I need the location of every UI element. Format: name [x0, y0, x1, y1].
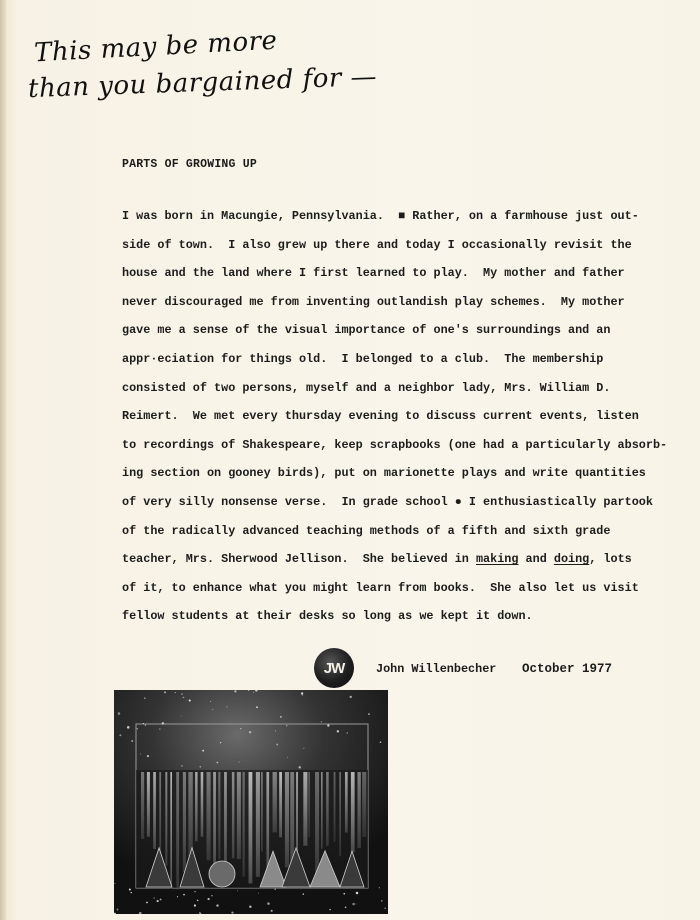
handwritten-line-2: than you bargained for — — [28, 62, 378, 104]
text-segment: never discouraged me from inventing outl… — [122, 295, 625, 309]
body-line: of the radically advanced teaching metho… — [122, 522, 682, 551]
document-title: PARTS OF GROWING UP — [122, 158, 257, 171]
text-segment: and — [518, 552, 553, 566]
document-body: I was born in Macungie, Pennsylvania. ■ … — [122, 207, 682, 636]
body-line: of very silly nonsense verse. In grade s… — [122, 493, 682, 522]
underlined-word: making — [476, 552, 518, 566]
text-segment: teacher, Mrs. Sherwood Jellison. She bel… — [122, 552, 476, 566]
body-line: of it, to enhance what you might learn f… — [122, 579, 682, 608]
text-segment: of it, to enhance what you might learn f… — [122, 581, 639, 595]
text-segment: to recordings of Shakespeare, keep scrap… — [122, 438, 667, 452]
text-segment: Reimert. We met every thursday evening t… — [122, 409, 639, 423]
body-line: ing section on gooney birds), put on mar… — [122, 464, 682, 493]
text-segment: , lots — [589, 552, 631, 566]
document-page: This may be more than you bargained for … — [0, 0, 700, 920]
text-segment: I was born in Macungie, Pennsylvania. ■ … — [122, 209, 639, 223]
artwork-image — [114, 690, 388, 914]
handwritten-note: This may be more than you bargained for … — [28, 28, 448, 108]
body-line: appr·eciation for things old. I belonged… — [122, 350, 682, 379]
body-line: fellow students at their desks so long a… — [122, 607, 682, 636]
body-line: never discouraged me from inventing outl… — [122, 293, 682, 322]
body-line: side of town. I also grew up there and t… — [122, 236, 682, 265]
text-segment: side of town. I also grew up there and t… — [122, 238, 632, 252]
author-name: John Willenbecher — [376, 662, 496, 676]
text-segment: appr·eciation for things old. I belonged… — [122, 352, 603, 366]
text-segment: house and the land where I first learned… — [122, 266, 625, 280]
binding-edge — [0, 0, 6, 920]
signature-block: JW John Willenbecher October 1977 — [314, 648, 634, 692]
underlined-word: doing — [554, 552, 589, 566]
jw-monogram-logo: JW — [314, 648, 354, 688]
body-line: gave me a sense of the visual importance… — [122, 321, 682, 350]
handwritten-line-1: This may be more — [33, 26, 278, 69]
text-segment: consisted of two persons, myself and a n… — [122, 381, 610, 395]
body-line: teacher, Mrs. Sherwood Jellison. She bel… — [122, 550, 682, 579]
body-line: house and the land where I first learned… — [122, 264, 682, 293]
text-segment: of very silly nonsense verse. In grade s… — [122, 495, 653, 509]
text-segment: fellow students at their desks so long a… — [122, 609, 533, 623]
document-date: October 1977 — [522, 662, 612, 676]
text-segment: gave me a sense of the visual importance… — [122, 323, 610, 337]
body-line: I was born in Macungie, Pennsylvania. ■ … — [122, 207, 682, 236]
text-segment: of the radically advanced teaching metho… — [122, 524, 610, 538]
body-line: to recordings of Shakespeare, keep scrap… — [122, 436, 682, 465]
text-segment: ing section on gooney birds), put on mar… — [122, 466, 646, 480]
body-line: consisted of two persons, myself and a n… — [122, 379, 682, 408]
body-line: Reimert. We met every thursday evening t… — [122, 407, 682, 436]
